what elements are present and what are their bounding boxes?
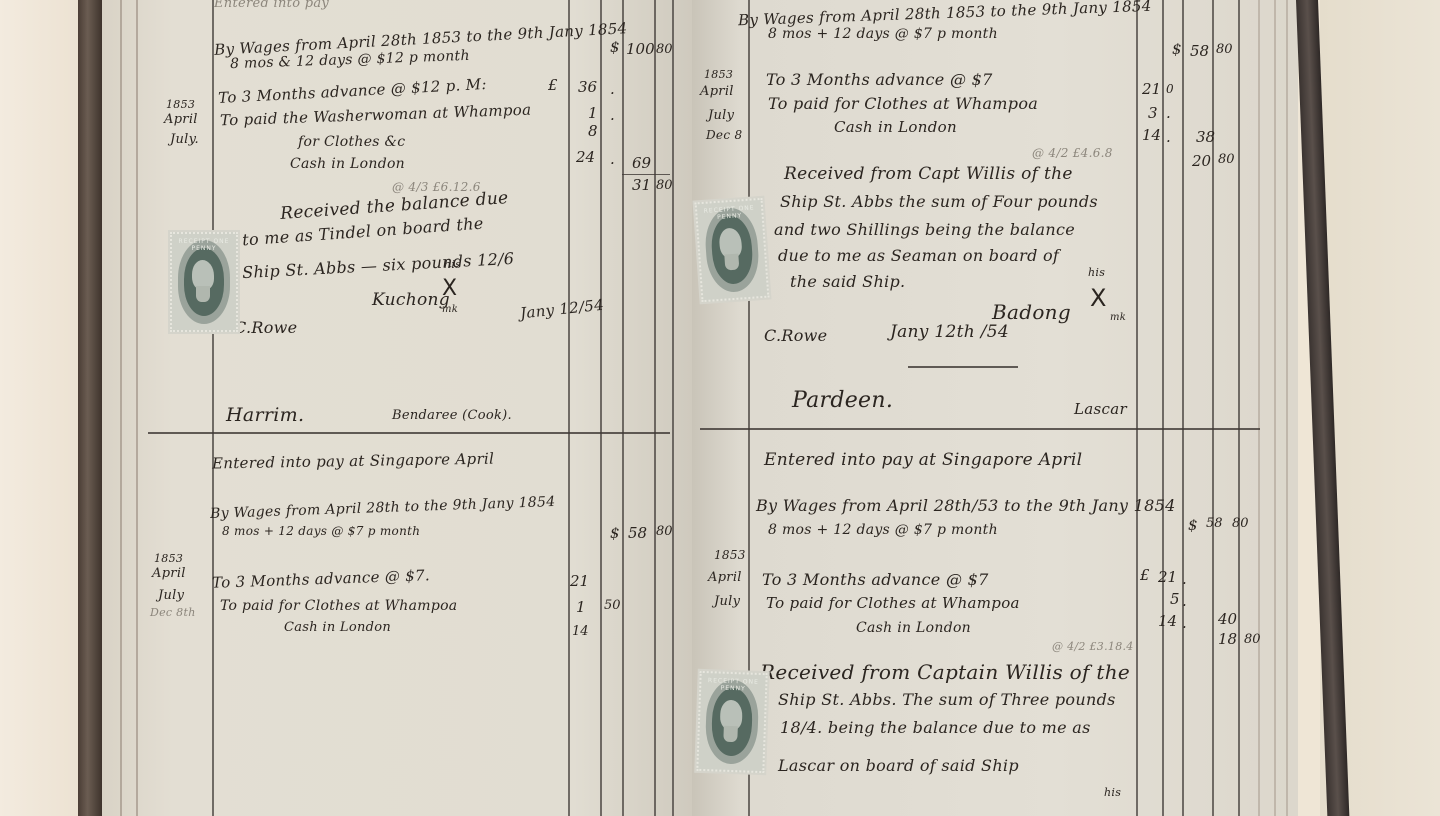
- debit-cents: .: [1182, 592, 1187, 610]
- ruled-margin-line: [212, 0, 214, 816]
- debit-line: Cash in London: [856, 620, 971, 636]
- stamp-label: RECEIPT ONE PENNY: [172, 238, 236, 252]
- debit-line: for Clothes &c: [298, 134, 405, 150]
- crew-name: Pardeen.: [792, 388, 893, 413]
- debit-line: To 3 Months advance @ $12 p. M:: [218, 75, 487, 107]
- page-edge: [1274, 0, 1276, 816]
- debit-cents: .: [1182, 614, 1187, 632]
- currency-symbol: $: [610, 524, 620, 542]
- ruled-column-line: [1136, 0, 1138, 816]
- date-year: 1853: [714, 548, 746, 562]
- ruled-column-line: [1238, 0, 1240, 816]
- receipt-line: Ship St. Abbs the sum of Four pounds: [780, 192, 1098, 211]
- currency-symbol: $: [1188, 516, 1198, 534]
- ruled-column-line: [1212, 0, 1214, 816]
- date-month: April: [700, 84, 734, 99]
- debit-amount: 21: [570, 572, 589, 590]
- debit-cents: .: [610, 80, 615, 98]
- revenue-stamp: RECEIPT ONE PENNY: [170, 232, 238, 332]
- wages-total-cents: 80: [656, 524, 673, 539]
- date-month: July: [714, 594, 740, 609]
- ruled-column-line: [568, 0, 570, 816]
- debit-line: Cash in London: [290, 156, 405, 172]
- wages-total-amount: 100: [626, 40, 655, 58]
- debit-amount: 8: [588, 122, 598, 140]
- crew-role: Bendaree (Cook).: [392, 408, 512, 423]
- ruled-column-line: [600, 0, 602, 816]
- date-year: 1853: [154, 552, 183, 565]
- date-month: April: [708, 570, 742, 585]
- receipt-line: and two Shillings being the balance: [774, 220, 1075, 239]
- debit-amount: 1: [588, 104, 598, 122]
- stamp-label: RECEIPT ONE PENNY: [697, 204, 762, 222]
- revenue-stamp: RECEIPT ONE PENNY: [695, 198, 770, 302]
- currency-symbol: $: [610, 38, 620, 56]
- date-month: July.: [170, 132, 199, 147]
- page-edge: [1286, 0, 1288, 816]
- debit-total: 38: [1196, 128, 1215, 146]
- entered-pay-line: Entered into pay at Singapore April: [212, 450, 494, 473]
- crew-role: Lascar: [1074, 400, 1127, 418]
- balance-cents: 80: [1218, 152, 1235, 167]
- balance-amount: 31: [632, 176, 651, 194]
- mark-label: mk: [442, 304, 458, 315]
- wages-rate-line: 8 mos + 12 days @ $7 p month: [768, 522, 998, 538]
- debit-line: To 3 Months advance @ $7: [766, 70, 993, 89]
- currency-symbol: $: [1172, 40, 1182, 58]
- total-rule: [622, 174, 670, 175]
- balance-cents: 80: [656, 178, 673, 193]
- date-day: Dec 8: [706, 128, 742, 142]
- date-year: 1853: [166, 98, 195, 111]
- mark-label: mk: [1110, 312, 1126, 323]
- receipt-line: to me as Tindel on board the: [242, 214, 484, 250]
- receipt-line: Received from Captain Willis of the: [760, 660, 1130, 684]
- x-mark: X: [1090, 284, 1106, 312]
- wages-total-cents: 80: [1232, 516, 1249, 531]
- receipt-line: Lascar on board of said Ship: [778, 756, 1019, 775]
- debit-line: To paid for Clothes at Whampoa: [220, 598, 457, 614]
- ledger-page-right: By Wages from April 28th 1853 to the 9th…: [692, 0, 1298, 816]
- wages-rate-line: 8 mos + 12 days @ $7 p month: [768, 26, 998, 42]
- debit-line: To paid the Washerwoman at Whampoa: [220, 101, 532, 130]
- debit-line: To 3 Months advance @ $7.: [212, 566, 430, 592]
- seaman-signature: Kuchong: [372, 290, 450, 310]
- debit-line: To paid for Clothes at Whampoa: [766, 594, 1020, 612]
- signed-date: Jany 12/54: [519, 296, 605, 323]
- debit-line: Cash in London: [834, 118, 957, 136]
- entered-pay-line: Entered into pay at Singapore April: [764, 450, 1082, 470]
- x-mark: X: [442, 276, 457, 301]
- his-mark-label: his: [1104, 786, 1121, 799]
- date-month: July: [708, 108, 734, 123]
- receipt-line: Received from Capt Willis of the: [784, 164, 1073, 184]
- debit-line: To paid for Clothes at Whampoa: [768, 94, 1038, 113]
- date-month: April: [164, 112, 198, 127]
- wages-line: By Wages from April 28th 1853 to the 9th…: [738, 0, 1152, 29]
- balance-amount: 18: [1218, 630, 1237, 648]
- wages-rate-line: 8 mos + 12 days @ $7 p month: [222, 524, 420, 538]
- wages-total-cents: 80: [656, 42, 673, 57]
- debit-cents: .: [1166, 104, 1171, 122]
- balance-cents: 80: [1244, 632, 1261, 647]
- ledger-page-left: Entered into pay By Wages from April 28t…: [102, 0, 692, 816]
- wages-total-cents: 80: [1216, 42, 1233, 57]
- date-month: July: [158, 588, 184, 603]
- debit-cents: .: [610, 106, 615, 124]
- page-edge: [120, 0, 122, 816]
- pencil-note: @ 4/2 £4.6.8: [1032, 146, 1113, 160]
- debit-line: To 3 Months advance @ $7: [762, 570, 989, 589]
- debit-amount: 14: [572, 624, 589, 639]
- wages-line: By Wages from April 28th/53 to the 9th J…: [756, 496, 1176, 515]
- witness-signature: C.Rowe: [234, 318, 297, 337]
- pencil-note: @ 4/2 £3.18.4: [1052, 640, 1134, 653]
- debit-amount: 36: [578, 78, 597, 96]
- receipt-line: the said Ship.: [790, 272, 905, 291]
- book-cover-left-edge: [78, 0, 102, 816]
- date-underline: [908, 366, 1018, 368]
- debit-amount: 14: [1158, 612, 1177, 630]
- his-mark-label: his: [444, 258, 461, 271]
- currency-symbol: £: [548, 76, 558, 94]
- debit-amount: 14: [1142, 126, 1161, 144]
- crew-name: Harrim.: [226, 404, 304, 426]
- ruled-column-line: [622, 0, 624, 816]
- date-month: April: [152, 566, 186, 581]
- debit-amount: 1: [576, 598, 586, 616]
- wages-total-amount: 58: [1190, 42, 1209, 60]
- ruled-column-line: [654, 0, 656, 816]
- debit-line: Cash in London: [284, 620, 391, 635]
- ruled-column-line: [1182, 0, 1184, 816]
- debit-cents: 50: [604, 598, 621, 613]
- debit-amount: 3: [1148, 104, 1158, 122]
- signed-date: Jany 12th /54: [890, 322, 1009, 342]
- wages-line: By Wages from April 28th to the 9th Jany…: [210, 494, 556, 522]
- currency-symbol: £: [1140, 566, 1150, 584]
- debit-amount: 5: [1170, 590, 1180, 608]
- entry-divider: [148, 432, 670, 434]
- debit-amount: 24: [576, 148, 595, 166]
- revenue-stamp: RECEIPT ONE PENNY: [696, 671, 767, 773]
- debit-cents: .: [610, 150, 615, 168]
- debit-amount: 21: [1142, 80, 1161, 98]
- balance-amount: 20: [1192, 152, 1211, 170]
- debit-cents: 0: [1166, 82, 1174, 96]
- wages-total-amount: 58: [628, 524, 647, 542]
- his-mark-label: his: [1088, 266, 1105, 279]
- receipt-line: Ship St. Abbs. The sum of Three pounds: [778, 690, 1116, 709]
- debit-amount: 21: [1158, 568, 1177, 586]
- entry-divider: [700, 428, 1260, 430]
- debit-total: 69: [632, 154, 651, 172]
- wages-total-amount: 58: [1206, 516, 1223, 531]
- debit-cents: .: [1182, 570, 1187, 588]
- witness-signature: C.Rowe: [764, 326, 827, 345]
- background-left: [0, 0, 80, 816]
- page-edge: [1258, 0, 1260, 816]
- receipt-line: due to me as Seaman on board of: [778, 246, 1059, 265]
- ruled-column-line: [672, 0, 674, 816]
- receipt-line: Ship St. Abbs — six pounds 12/6: [242, 249, 515, 282]
- page-edge: [136, 0, 138, 816]
- receipt-line: 18/4. being the balance due to me as: [780, 718, 1091, 737]
- seaman-signature: Badong: [992, 300, 1071, 324]
- date-year: 1853: [704, 68, 733, 81]
- entry-header-partial: Entered into pay: [214, 0, 329, 11]
- date-day: Dec 8th: [150, 606, 196, 619]
- debit-cents: .: [1166, 128, 1171, 146]
- stamp-label: RECEIPT ONE PENNY: [701, 677, 765, 693]
- debit-total: 40: [1218, 610, 1237, 628]
- ruled-column-line: [1162, 0, 1164, 816]
